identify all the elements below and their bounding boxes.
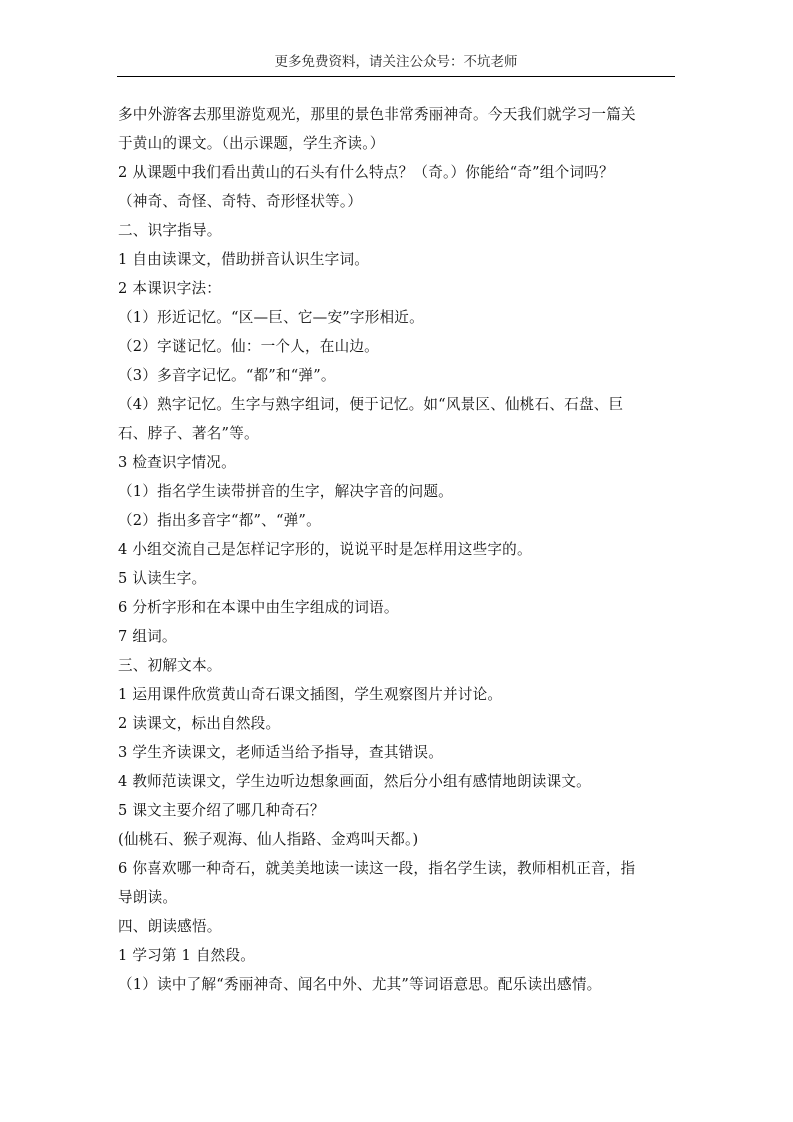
paragraph-line: （神奇、奇怪、奇特、奇形怪状等。）: [118, 187, 678, 216]
sub-list-item: （3）多音字记忆。“都”和“弹”。: [118, 361, 678, 390]
list-item: 4 教师范读课文，学生边听边想象画面，然后分小组有感情地朗读课文。: [118, 767, 678, 796]
list-item: 1 自由读课文，借助拼音认识生字词。: [118, 245, 678, 274]
list-item: 3 检查识字情况。: [118, 448, 678, 477]
section-heading: 二、识字指导。: [118, 216, 678, 245]
list-item: 2 读课文，标出自然段。: [118, 709, 678, 738]
paragraph-line: 于黄山的课文。（出示课题，学生齐读。）: [118, 129, 678, 158]
sub-list-item: （1）形近记忆。“区—巨、它—安”字形相近。: [118, 303, 678, 332]
document-body: 多中外游客去那里游览观光，那里的景色非常秀丽神奇。今天我们就学习一篇关 于黄山的…: [118, 100, 678, 999]
list-item: 3 学生齐读课文，老师适当给予指导，查其错误。: [118, 738, 678, 767]
sub-list-item: （2）字谜记忆。仙：一个人，在山边。: [118, 332, 678, 361]
page-header: 更多免费资料，请关注公众号：不坑老师: [117, 52, 675, 77]
list-item: 6 你喜欢哪一种奇石，就美美地读一读这一段，指名学生读，教师相机正音，指: [118, 854, 678, 883]
sub-list-item: （1）读中了解“秀丽神奇、闻名中外、尤其”等词语意思。配乐读出感情。: [118, 970, 678, 999]
paragraph-line: 石、脖子、著名”等。: [118, 419, 678, 448]
list-item: 4 小组交流自己是怎样记字形的，说说平时是怎样用这些字的。: [118, 535, 678, 564]
sub-list-item: （1）指名学生读带拼音的生字，解决字音的问题。: [118, 477, 678, 506]
header-text: 更多免费资料，请关注公众号：不坑老师: [275, 54, 518, 70]
list-item: 2 本课识字法：: [118, 274, 678, 303]
paragraph-line: (仙桃石、猴子观海、仙人指路、金鸡叫天都。): [118, 825, 678, 854]
list-item: 1 学习第 1 自然段。: [118, 941, 678, 970]
section-heading: 四、朗读感悟。: [118, 912, 678, 941]
paragraph-line: 导朗读。: [118, 883, 678, 912]
sub-list-item: （4）熟字记忆。生字与熟字组词，便于记忆。如“风景区、仙桃石、石盘、巨: [118, 390, 678, 419]
paragraph-line: 2 从课题中我们看出黄山的石头有什么特点？（奇。）你能给“奇”组个词吗？: [118, 158, 678, 187]
section-heading: 三、初解文本。: [118, 651, 678, 680]
sub-list-item: （2）指出多音字“都”、“弹”。: [118, 506, 678, 535]
list-item: 7 组词。: [118, 622, 678, 651]
paragraph-line: 多中外游客去那里游览观光，那里的景色非常秀丽神奇。今天我们就学习一篇关: [118, 100, 678, 129]
list-item: 1 运用课件欣赏黄山奇石课文插图，学生观察图片并讨论。: [118, 680, 678, 709]
list-item: 6 分析字形和在本课中由生字组成的词语。: [118, 593, 678, 622]
list-item: 5 认读生字。: [118, 564, 678, 593]
list-item: 5 课文主要介绍了哪几种奇石？: [118, 796, 678, 825]
